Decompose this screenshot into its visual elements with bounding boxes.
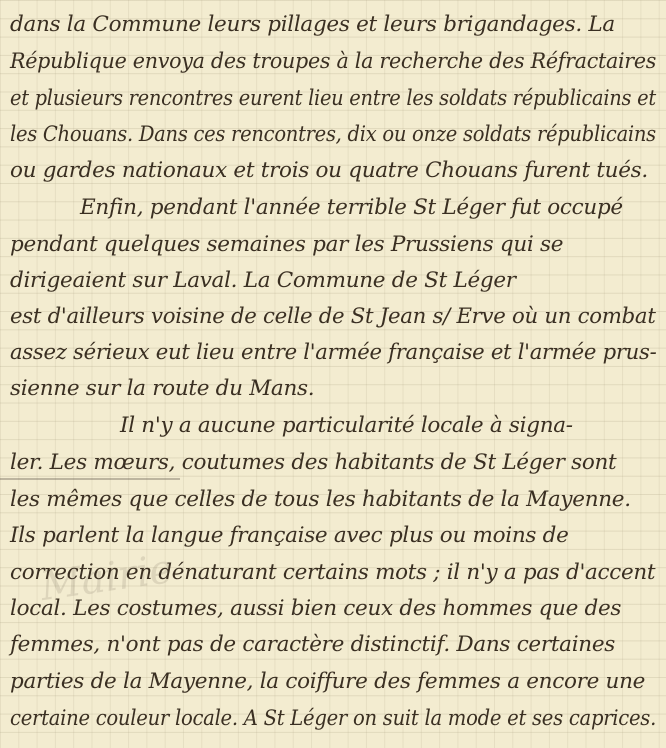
text-line-12: Il n'y a aucune particularité locale à s… [120, 415, 573, 437]
text-line-4: les Chouans. Dans ces rencontres, dix ou… [10, 124, 656, 146]
text-line-14: les mêmes que celles de tous les habitan… [10, 489, 631, 511]
text-line-20: certaine couleur locale. A St Léger on s… [10, 708, 656, 730]
text-line-15: Ils parlent la langue française avec plu… [10, 525, 569, 547]
text-line-18: femmes, n'ont pas de caractère distincti… [10, 634, 615, 656]
text-line-6: Enfin, pendant l'année terrible St Léger… [80, 197, 623, 219]
text-line-8: dirigeaient sur Laval. La Commune de St … [10, 270, 516, 292]
page-crease [0, 478, 180, 480]
text-line-17: local. Les costumes, aussi bien ceux des… [10, 598, 621, 620]
text-line-5: ou gardes nationaux et trois ou quatre C… [10, 160, 648, 182]
text-line-11: sienne sur la route du Mans. [10, 378, 314, 400]
manuscript-page: Mairie dans la Commune leurs pillages et… [0, 0, 666, 748]
text-line-16: correction en dénaturant certains mots ;… [10, 562, 655, 584]
text-line-7: pendant quelques semaines par les Prussi… [10, 234, 563, 256]
text-line-1: dans la Commune leurs pillages et leurs … [10, 14, 615, 36]
text-line-10: assez sérieux eut lieu entre l'armée fra… [10, 342, 656, 364]
text-line-2: République envoya des troupes à la reche… [10, 51, 656, 73]
text-line-19: parties de la Mayenne, la coiffure des f… [10, 671, 645, 693]
text-line-13: ler. Les mœurs, coutumes des habitants d… [10, 452, 616, 474]
text-line-3: et plusieurs rencontres eurent lieu entr… [10, 88, 656, 110]
text-line-9: est d'ailleurs voisine de celle de St Je… [10, 306, 656, 328]
